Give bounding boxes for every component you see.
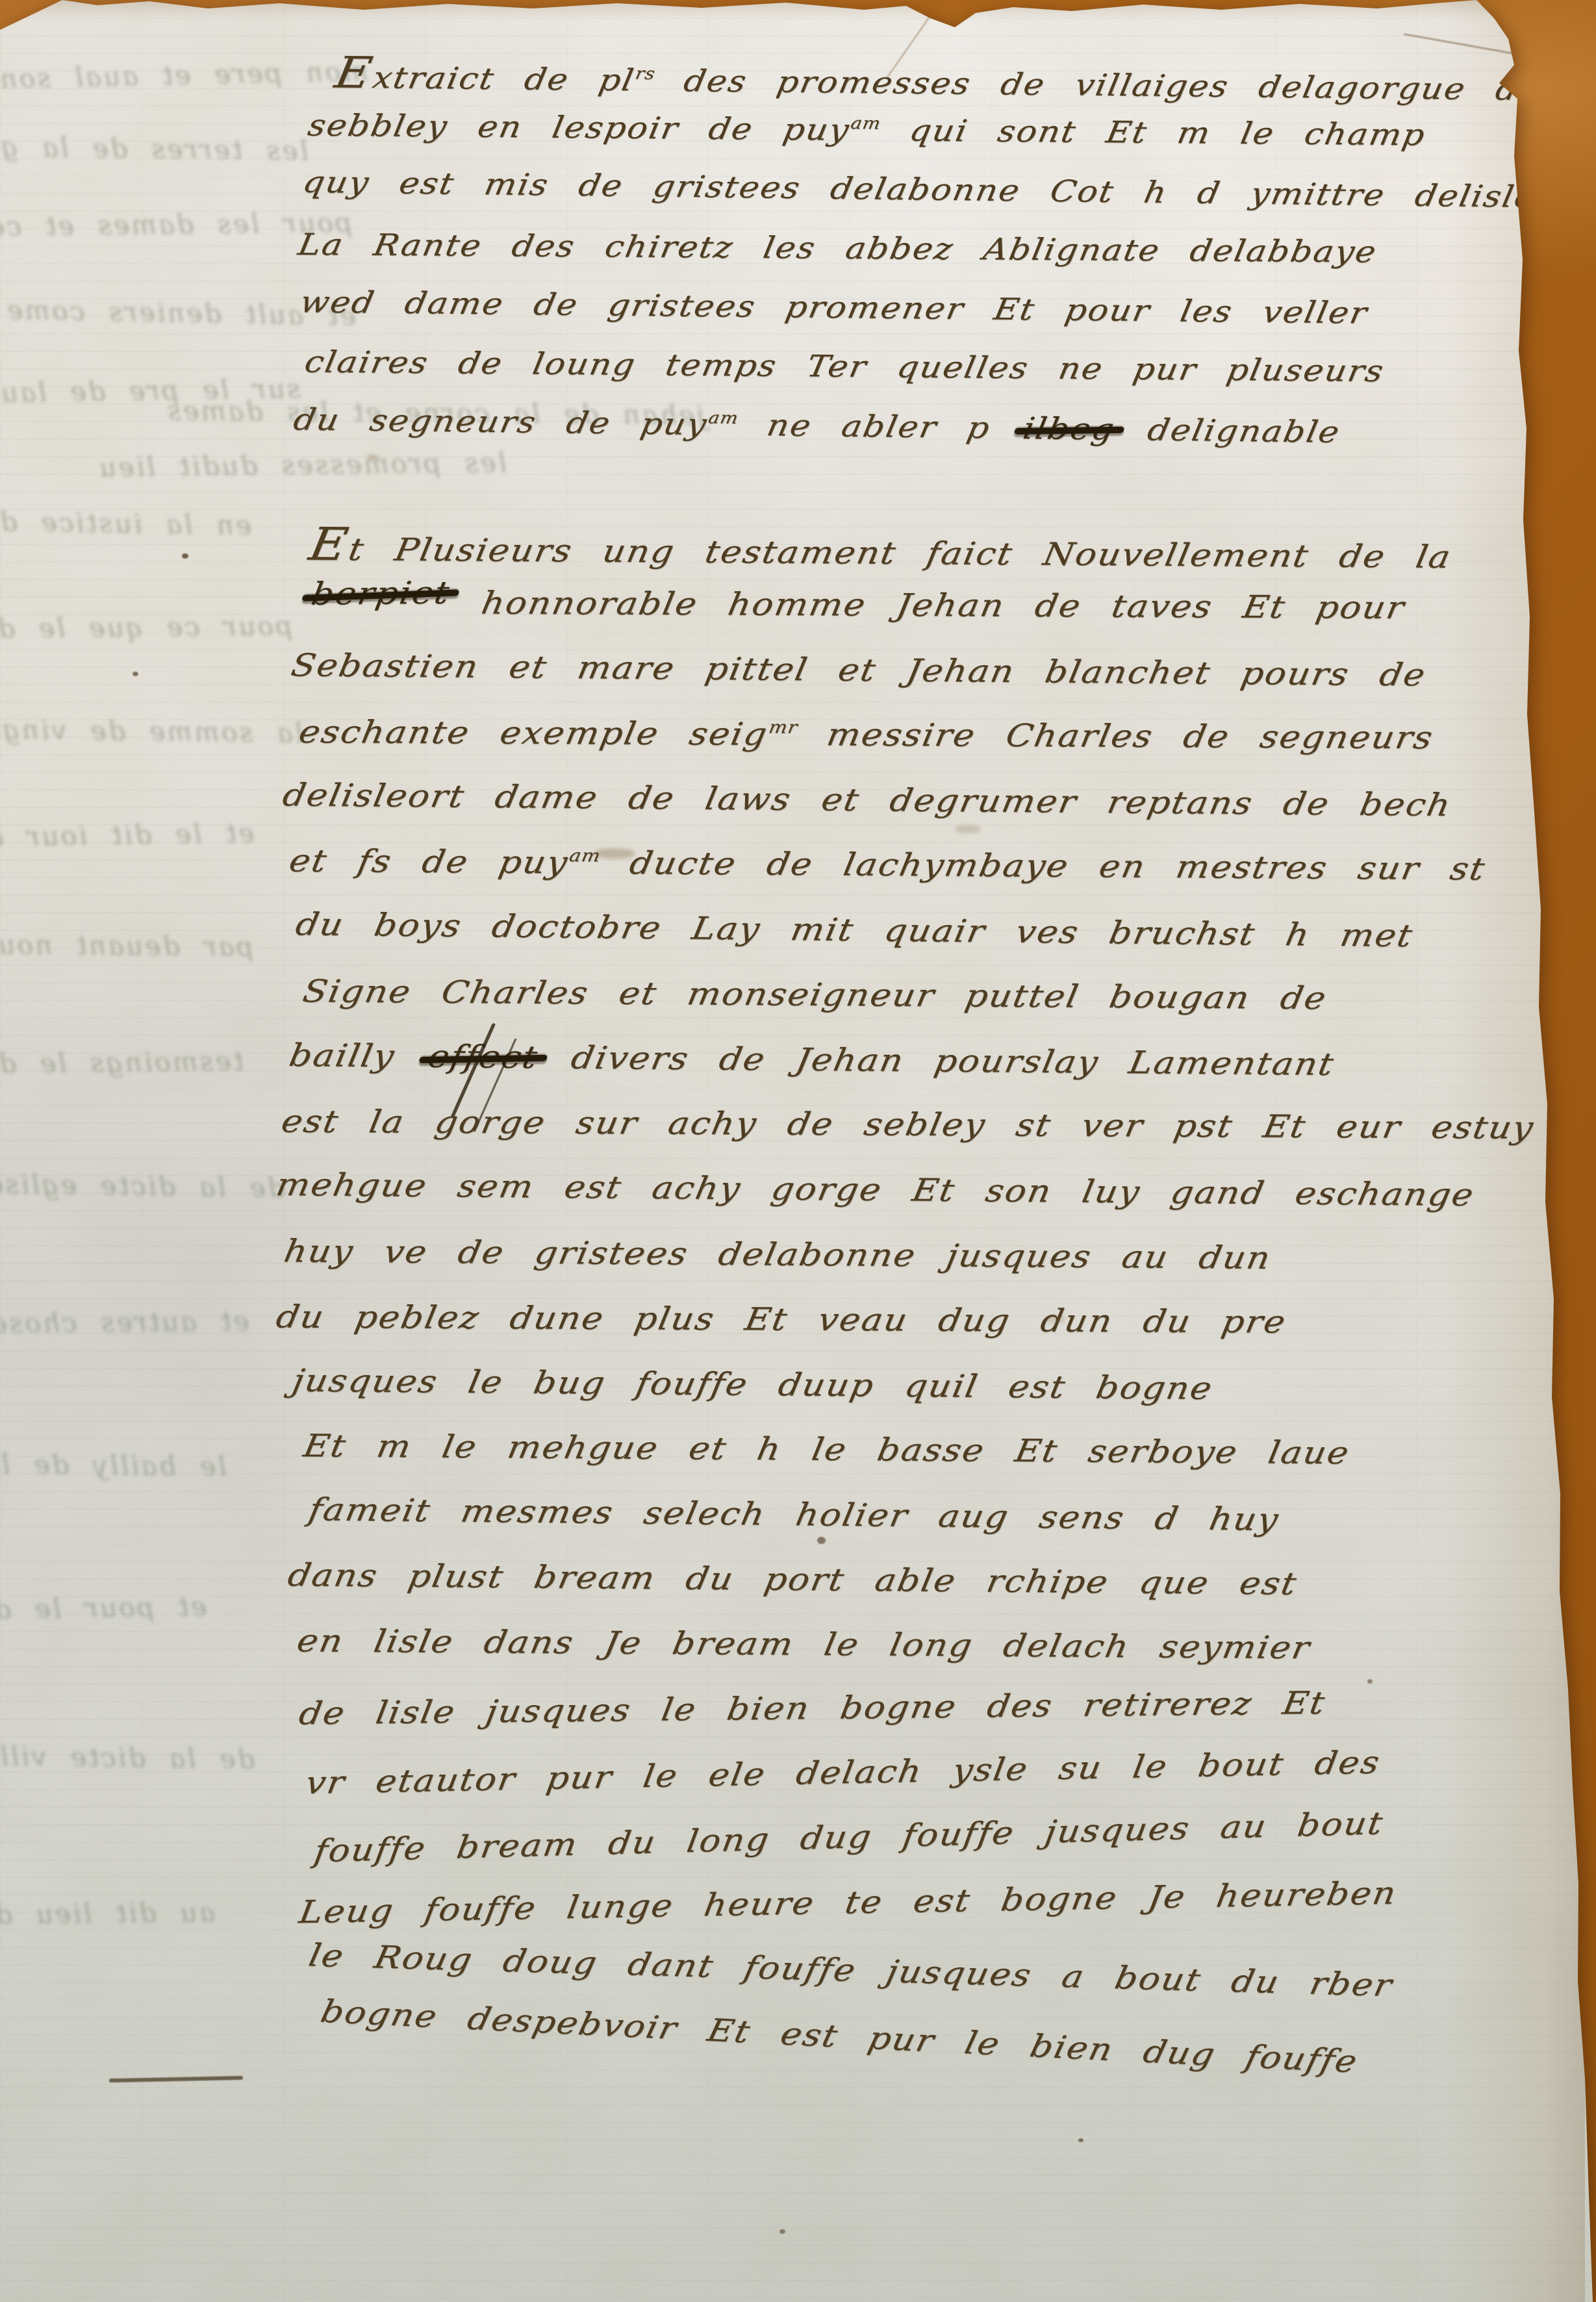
ink-speck <box>1367 1679 1373 1684</box>
verso-ghost-line: en la iustice de <box>0 506 252 542</box>
manuscript-line: huy ve de gristees delabonne jusques au … <box>281 1233 1162 1275</box>
verso-ghost-line: la somme de vingt <box>0 714 304 749</box>
manuscript-line: eschante exemple seigmr messire Charles … <box>296 714 1309 755</box>
verso-ghost-line: de la dicte ville <box>0 1740 255 1775</box>
torn-edge-shadow <box>1445 0 1585 2302</box>
handwriting-text: est la gorge sur achy de sebley st ver p… <box>279 1104 1538 1146</box>
ink-smudge <box>367 455 379 459</box>
paper-wrap: mon pere et aual soneles terres de la go… <box>0 0 1596 2302</box>
ink-speck <box>182 553 188 559</box>
superscript-abbreviation: mr <box>767 717 800 737</box>
manuscript-line: du peblez dune plus Et veau dug dun du p… <box>273 1298 1175 1339</box>
manuscript-line: berpiet honnorable homme Jehan de taves … <box>304 584 1284 626</box>
handwriting-text: du peblez dune plus Et veau dug dun du p… <box>273 1298 1289 1340</box>
manuscript-line: Signe Charles et monseigneur puttel boug… <box>300 973 1214 1016</box>
verso-ghost-line: au dit lieu de <box>0 1897 215 1930</box>
ink-smudge <box>594 848 635 859</box>
manuscript-line: en lisle dans Je bream le long delach se… <box>294 1623 1199 1665</box>
ink-smudge <box>1046 1315 1065 1323</box>
superscript-abbreviation: am <box>707 408 741 427</box>
verso-ghost-line: les terres de la goy <box>0 131 309 166</box>
manuscript-line: La Rante des chiretz les abbez Ablignate… <box>296 227 1258 268</box>
ink-smudge <box>955 825 981 833</box>
manuscript-line: Et Plusieurs ung testament faict Nouvell… <box>305 518 1325 578</box>
strikethrough-word: berpiet <box>306 575 456 613</box>
manuscript-line: jusques le bug fouffe duup quil est bogn… <box>290 1362 1111 1406</box>
verso-ghost-line: par deuant nous <box>0 929 253 963</box>
verso-ghost-line: et le dit iour de <box>0 818 255 854</box>
verso-ghost-line: tesmoings le dit <box>0 1046 244 1080</box>
verso-ghost-line: et autres choses <box>0 1306 249 1339</box>
verso-ghost-line: pour ce que le dit <box>0 611 293 644</box>
photographed-manuscript: mon pere et aual soneles terres de la go… <box>0 0 1596 2302</box>
handwriting-text: huy ve de gristees delabonne jusques au … <box>281 1233 1274 1276</box>
superscript-abbreviation: am <box>849 114 882 133</box>
manuscript-line: Et m le mehgue et h le basse Et serboye … <box>301 1428 1235 1471</box>
manuscript-page: mon pere et aual soneles terres de la go… <box>0 0 1596 2302</box>
handwriting-text: La Rante des chiretz les abbez Ablignate… <box>296 227 1380 270</box>
handwriting-text: Et m le mehgue et h le basse Et serboye … <box>301 1428 1353 1471</box>
strikethrough-word: ilbeg <box>1017 411 1121 447</box>
ink-speck <box>779 2229 785 2234</box>
ink-speck <box>1078 2138 1083 2142</box>
manuscript-line: est la gorge sur achy de sebley st ver p… <box>279 1103 1397 1145</box>
verso-ghost-line: le bailly de la <box>0 1448 227 1482</box>
handwriting-text: Signe Charles et monseigneur puttel boug… <box>300 973 1330 1017</box>
handwriting-text: berpiet honnorable homme Jehan de taves … <box>304 584 1408 626</box>
manuscript-line: et fs de puyam ducte de lachymbaye en me… <box>286 842 1354 886</box>
verso-ghost-line: les promesses dudit lieu <box>97 447 507 483</box>
verso-ghost-line: de la dicte eglise <box>0 1169 285 1204</box>
ink-speck <box>133 672 138 676</box>
handwriting-text: en lisle dans Je bream le long delach se… <box>294 1623 1314 1666</box>
handwriting-text: eschante exemple seigmr messire Charles … <box>296 714 1437 756</box>
strikethrough-word: effect <box>422 1039 544 1076</box>
handwriting-text: Et Plusieurs ung testament faict Nouvell… <box>305 518 1457 579</box>
top-edge-shadow <box>0 0 1596 19</box>
verso-ghost-line: et pour le dit <box>0 1591 207 1625</box>
ink-speck <box>817 1537 826 1544</box>
superscript-abbreviation: rs <box>634 64 657 83</box>
